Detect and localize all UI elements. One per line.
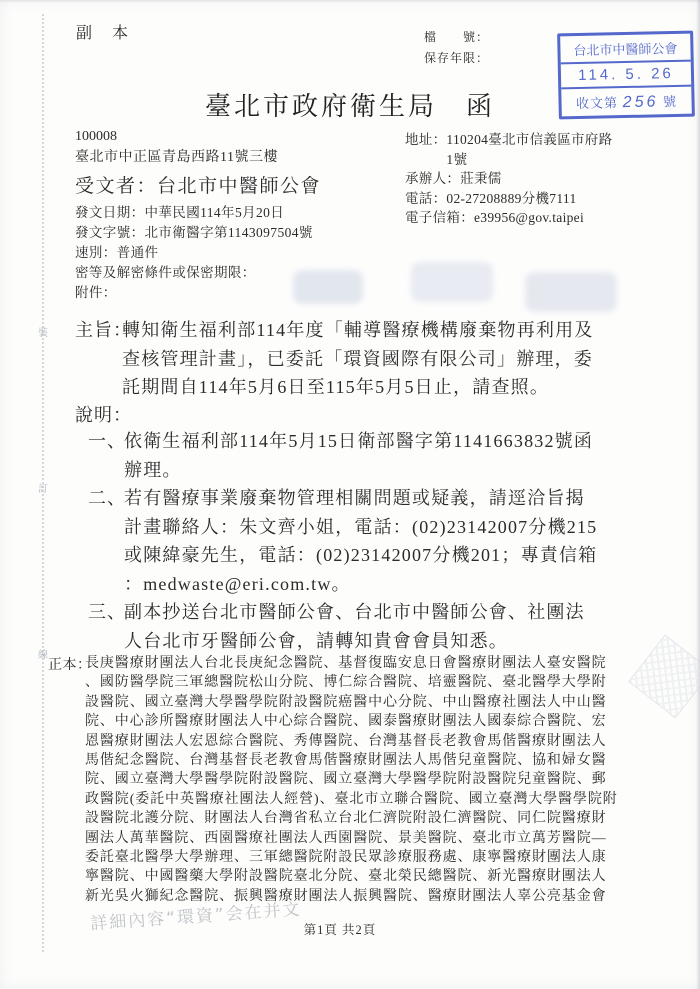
explanation-items: 一、 依衛生福利部114年5月15日衛部醫字第1141663832號函辦理。 二… — [88, 427, 668, 655]
explanation-item-1: 一、 依衛生福利部114年5月15日衛部醫字第1141663832號函辦理。 — [88, 427, 668, 484]
binding-mark-ding: 訂 — [35, 480, 51, 495]
subject-text: 轉知衛生福利部114年度「輔導醫療機構廢棄物再利用及查核管理計畫」，已委託「環資… — [122, 316, 650, 402]
text-line: 政醫院(委託中英醫療社團法人經營)、臺北市立聯合醫院、國立臺灣大學醫學院附 — [85, 790, 660, 809]
page-number: 第1頁 共2頁 — [0, 920, 680, 938]
text-line: 轉知衛生福利部114年度「輔導醫療機構廢棄物再利用及 — [122, 316, 650, 345]
text-line: 電話：02-27208889分機7111 — [405, 189, 612, 209]
text-line: 發文字號：北市衛醫字第1143097504號 — [75, 223, 313, 243]
text-line: 院、國立臺灣大學醫學院附設醫院、國立臺灣大學醫學院附設醫院兒童醫院、郵 — [85, 770, 660, 789]
text-line: 查核管理計畫」，已委託「環資國際有限公司」辦理，委 — [122, 345, 650, 374]
sender-contact-block: 地址：110204臺北市信義區市府路 1號承辦人：莊秉儒電話：02-272088… — [405, 130, 612, 228]
scan-edge-top — [0, 0, 700, 3]
original-recipients-section: 正本： 長庚醫療財團法人台北長庚紀念醫院、基督復臨安息日會醫療財團法人臺安醫院、… — [48, 654, 660, 906]
subject-section: 主旨： 轉知衛生福利部114年度「輔導醫療機構廢棄物再利用及查核管理計畫」，已委… — [75, 316, 650, 402]
text-line: 承辦人：莊秉儒 — [405, 169, 612, 189]
text-line: 電子信箱：e39956@gov.taipei — [405, 208, 612, 228]
recipient-zip: 100008 — [75, 126, 321, 147]
text-line: 副本抄送台北市醫師公會、台北市中醫師公會、社團法 — [124, 598, 668, 627]
text-line: 辦理。 — [124, 456, 668, 485]
ghost-blob — [293, 270, 363, 304]
text-line: 附件： — [75, 283, 313, 303]
text-line: 寧醫院、中國醫藥大學附設醫院臺北分院、臺北榮民總醫院、新光醫療財團法人 — [85, 867, 660, 886]
document-title: 臺北市政府衛生局 函 — [0, 86, 700, 123]
ghost-blob — [525, 272, 617, 312]
text-line: 設醫院、國立臺灣大學醫學院附設醫院癌醫中心分院、中山醫療社團法人中山醫 — [85, 693, 660, 712]
text-line: 若有醫療事業廢棄物管理相關問題或疑義，請逕洽旨揭 — [124, 484, 668, 513]
text-line: 依衛生福利部114年5月15日衛部醫字第1141663832號函 — [124, 427, 668, 456]
ghost-blob — [411, 262, 493, 302]
text-line: 計畫聯絡人：朱文齊小姐，電話：(02)23142007分機215 — [124, 513, 668, 542]
text-line: 速別：普通件 — [75, 243, 313, 263]
item-number: 二、 — [88, 484, 126, 513]
original-label: 正本： — [48, 654, 92, 674]
file-number-block: 檔 號： 保存年限： — [424, 27, 489, 69]
text-line: 恩醫療財團法人宏恩綜合醫院、秀傳醫院、台灣基督長老教會馬偕醫療財團法人 — [85, 732, 660, 751]
explanation-item-2: 二、 若有醫療事業廢棄物管理相關問題或疑義，請逕洽旨揭計畫聯絡人：朱文齊小姐，電… — [88, 484, 668, 598]
scan-edge-right — [696, 0, 700, 989]
explanation-item-3: 三、 副本抄送台北市醫師公會、台北市中醫師公會、社團法人台北市牙醫師公會，請轉知… — [88, 598, 668, 655]
recipient-name-line: 受文者：台北市中醫師公會 — [75, 171, 321, 198]
item-text: 副本抄送台北市醫師公會、台北市中醫師公會、社團法人台北市牙醫師公會，請轉知貴會會… — [124, 598, 668, 655]
original-recipients-text: 長庚醫療財團法人台北長庚紀念醫院、基督復臨安息日會醫療財團法人臺安醫院、國防醫學… — [85, 654, 660, 906]
text-line: 馬偕紀念醫院、台灣基督長老教會馬偕醫療財團法人馬偕兒童醫院、協和婦女醫 — [85, 751, 660, 770]
item-text: 若有醫療事業廢棄物管理相關問題或疑義，請逕洽旨揭計畫聯絡人：朱文齊小姐，電話：(… — [124, 484, 668, 598]
recipient-address-block: 100008 臺北市中正區青島西路11號三樓 受文者：台北市中醫師公會 — [75, 126, 321, 198]
copy-type-label: 副 本 — [76, 20, 130, 43]
text-line: 1號 — [405, 150, 612, 170]
text-line: 長庚醫療財團法人台北長庚紀念醫院、基督復臨安息日會醫療財團法人臺安醫院 — [85, 654, 660, 673]
text-line: 人台北市牙醫師公會，請轉知貴會會員知悉。 — [124, 627, 668, 656]
text-line: 、國防醫學院三軍總醫院松山分院、博仁綜合醫院、培靈醫院、臺北醫學大學附 — [85, 673, 660, 692]
text-line: 院、中心診所醫療財團法人中心綜合醫院、國泰醫療財團法人國泰綜合醫院、宏 — [85, 712, 660, 731]
text-line: ：medwaste@eri.com.tw。 — [124, 570, 668, 599]
bleed-through-ghost — [293, 260, 628, 315]
stamp-org-name: 台北市中醫師公會 — [560, 34, 691, 65]
explanation-label: 說明： — [75, 401, 132, 427]
text-line: 地址：110204臺北市信義區市府路 — [405, 130, 612, 150]
text-line: 發文日期：中華民國114年5月20日 — [75, 203, 313, 223]
text-line: 或陳緯豪先生，電話：(02)23142007分機201；專責信箱 — [124, 541, 668, 570]
text-line: 密等及解密條件或保密期限： — [75, 263, 313, 283]
text-line: 團法人萬華醫院、西園醫療社團法人西園醫院、景美醫院、臺北市立萬芳醫院— — [85, 829, 660, 848]
document-page: 裝 訂 線 副 本 檔 號： 保存年限： 台北市中醫師公會 114. 5. 26… — [0, 0, 700, 989]
document-meta-block: 發文日期：中華民國114年5月20日發文字號：北市衛醫字第1143097504號… — [75, 203, 313, 303]
text-line: 委託臺北醫學大學辦理、三軍總醫院附設民眾診療服務處、康寧醫療財團法人康 — [85, 848, 660, 867]
text-line: 設醫院北護分院、財團法人台灣省私立台北仁濟院附設仁濟醫院、同仁院醫療財 — [85, 809, 660, 828]
item-number: 三、 — [88, 598, 126, 627]
binding-mark-zhuang: 裝 — [35, 324, 51, 339]
text-line: 託期間自114年5月6日至115年5月5日止，請查照。 — [122, 373, 650, 402]
item-text: 依衛生福利部114年5月15日衛部醫字第1141663832號函辦理。 — [124, 427, 668, 484]
subject-label: 主旨： — [75, 316, 132, 342]
retention-label: 保存年限： — [424, 48, 489, 69]
item-number: 一、 — [88, 427, 126, 456]
file-number-label: 檔 號： — [424, 27, 489, 48]
recipient-address: 臺北市中正區青島西路11號三樓 — [75, 147, 321, 168]
